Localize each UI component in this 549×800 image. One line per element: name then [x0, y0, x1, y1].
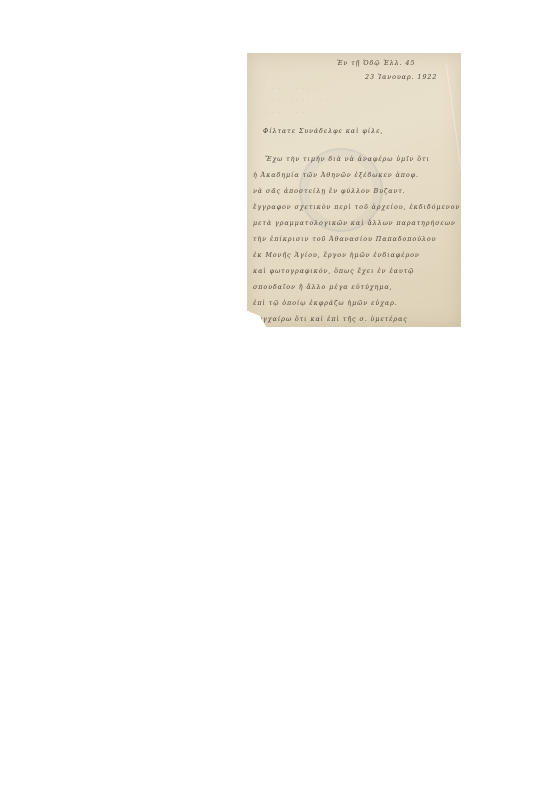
bleed-through-text: · · · · · · · · ·	[267, 86, 316, 93]
letter-body-line: ἡ Ἀκαδημία τῶν Ἀθηνῶν ἐξέδωκεν ἀποφ.	[253, 171, 457, 179]
letter-body-line: ἐκ Μονῆς Ἁγίου, ἔργον ἡμῶν ἐνδιαφέρον	[253, 251, 457, 259]
letter-body-line: νὰ σᾶς ἀποστείλῃ ἓν φύλλον Βυζαντ.	[253, 187, 457, 195]
letter-salutation: Φίλτατε Συνάδελφε καὶ φίλε,	[263, 127, 383, 135]
letter-date: 23 Ἰανουαρ. 1922	[365, 73, 437, 81]
letter-body-line: ἔγγραφον σχετικὸν περὶ τοῦ ἀρχείου, ἐκδι…	[253, 203, 457, 211]
scanned-letter: · · · · · · · · · · · · · · · · · · · · …	[247, 53, 461, 327]
page-background: · · · · · · · · · · · · · · · · · · · · …	[0, 0, 549, 800]
paper-fold-line	[446, 64, 461, 183]
bleed-through-text: · · · · · · · · ·	[267, 110, 316, 117]
letter-body-line: τὴν ἐπίκρισιν τοῦ Ἀθανασίου Παπαδοπούλου	[253, 235, 457, 243]
letter-body-line: Ἔχω τὴν τιμὴν διὰ νὰ ἀναφέρω ὑμῖν ὅτι	[265, 155, 461, 163]
letter-body-line: σπουδαῖον ἢ ἄλλο μέγα εὐτύχημα,	[253, 283, 457, 291]
letter-body-line: μετὰ γραμματολογικῶν καὶ ἄλλων παρατηρήσ…	[253, 219, 457, 227]
letter-address: Ἐν τῇ Ὁδῷ Ἑλλ. 45	[337, 59, 415, 67]
letter-body-line: ἐπὶ τῷ ὁποίῳ ἐκφράζω ἡμῶν εὐχαρ.	[253, 299, 457, 307]
letter-body-line: καὶ φωτογραφικόν, ὅπως ἔχει ἐν ἑαυτῷ	[253, 267, 457, 275]
letter-body-line: συγχαίρω ὅτι καὶ ἐπὶ τῆς σ. ὑμετέρας	[253, 315, 457, 323]
bleed-through-text: · · · · · · · · · · ·	[267, 98, 328, 105]
